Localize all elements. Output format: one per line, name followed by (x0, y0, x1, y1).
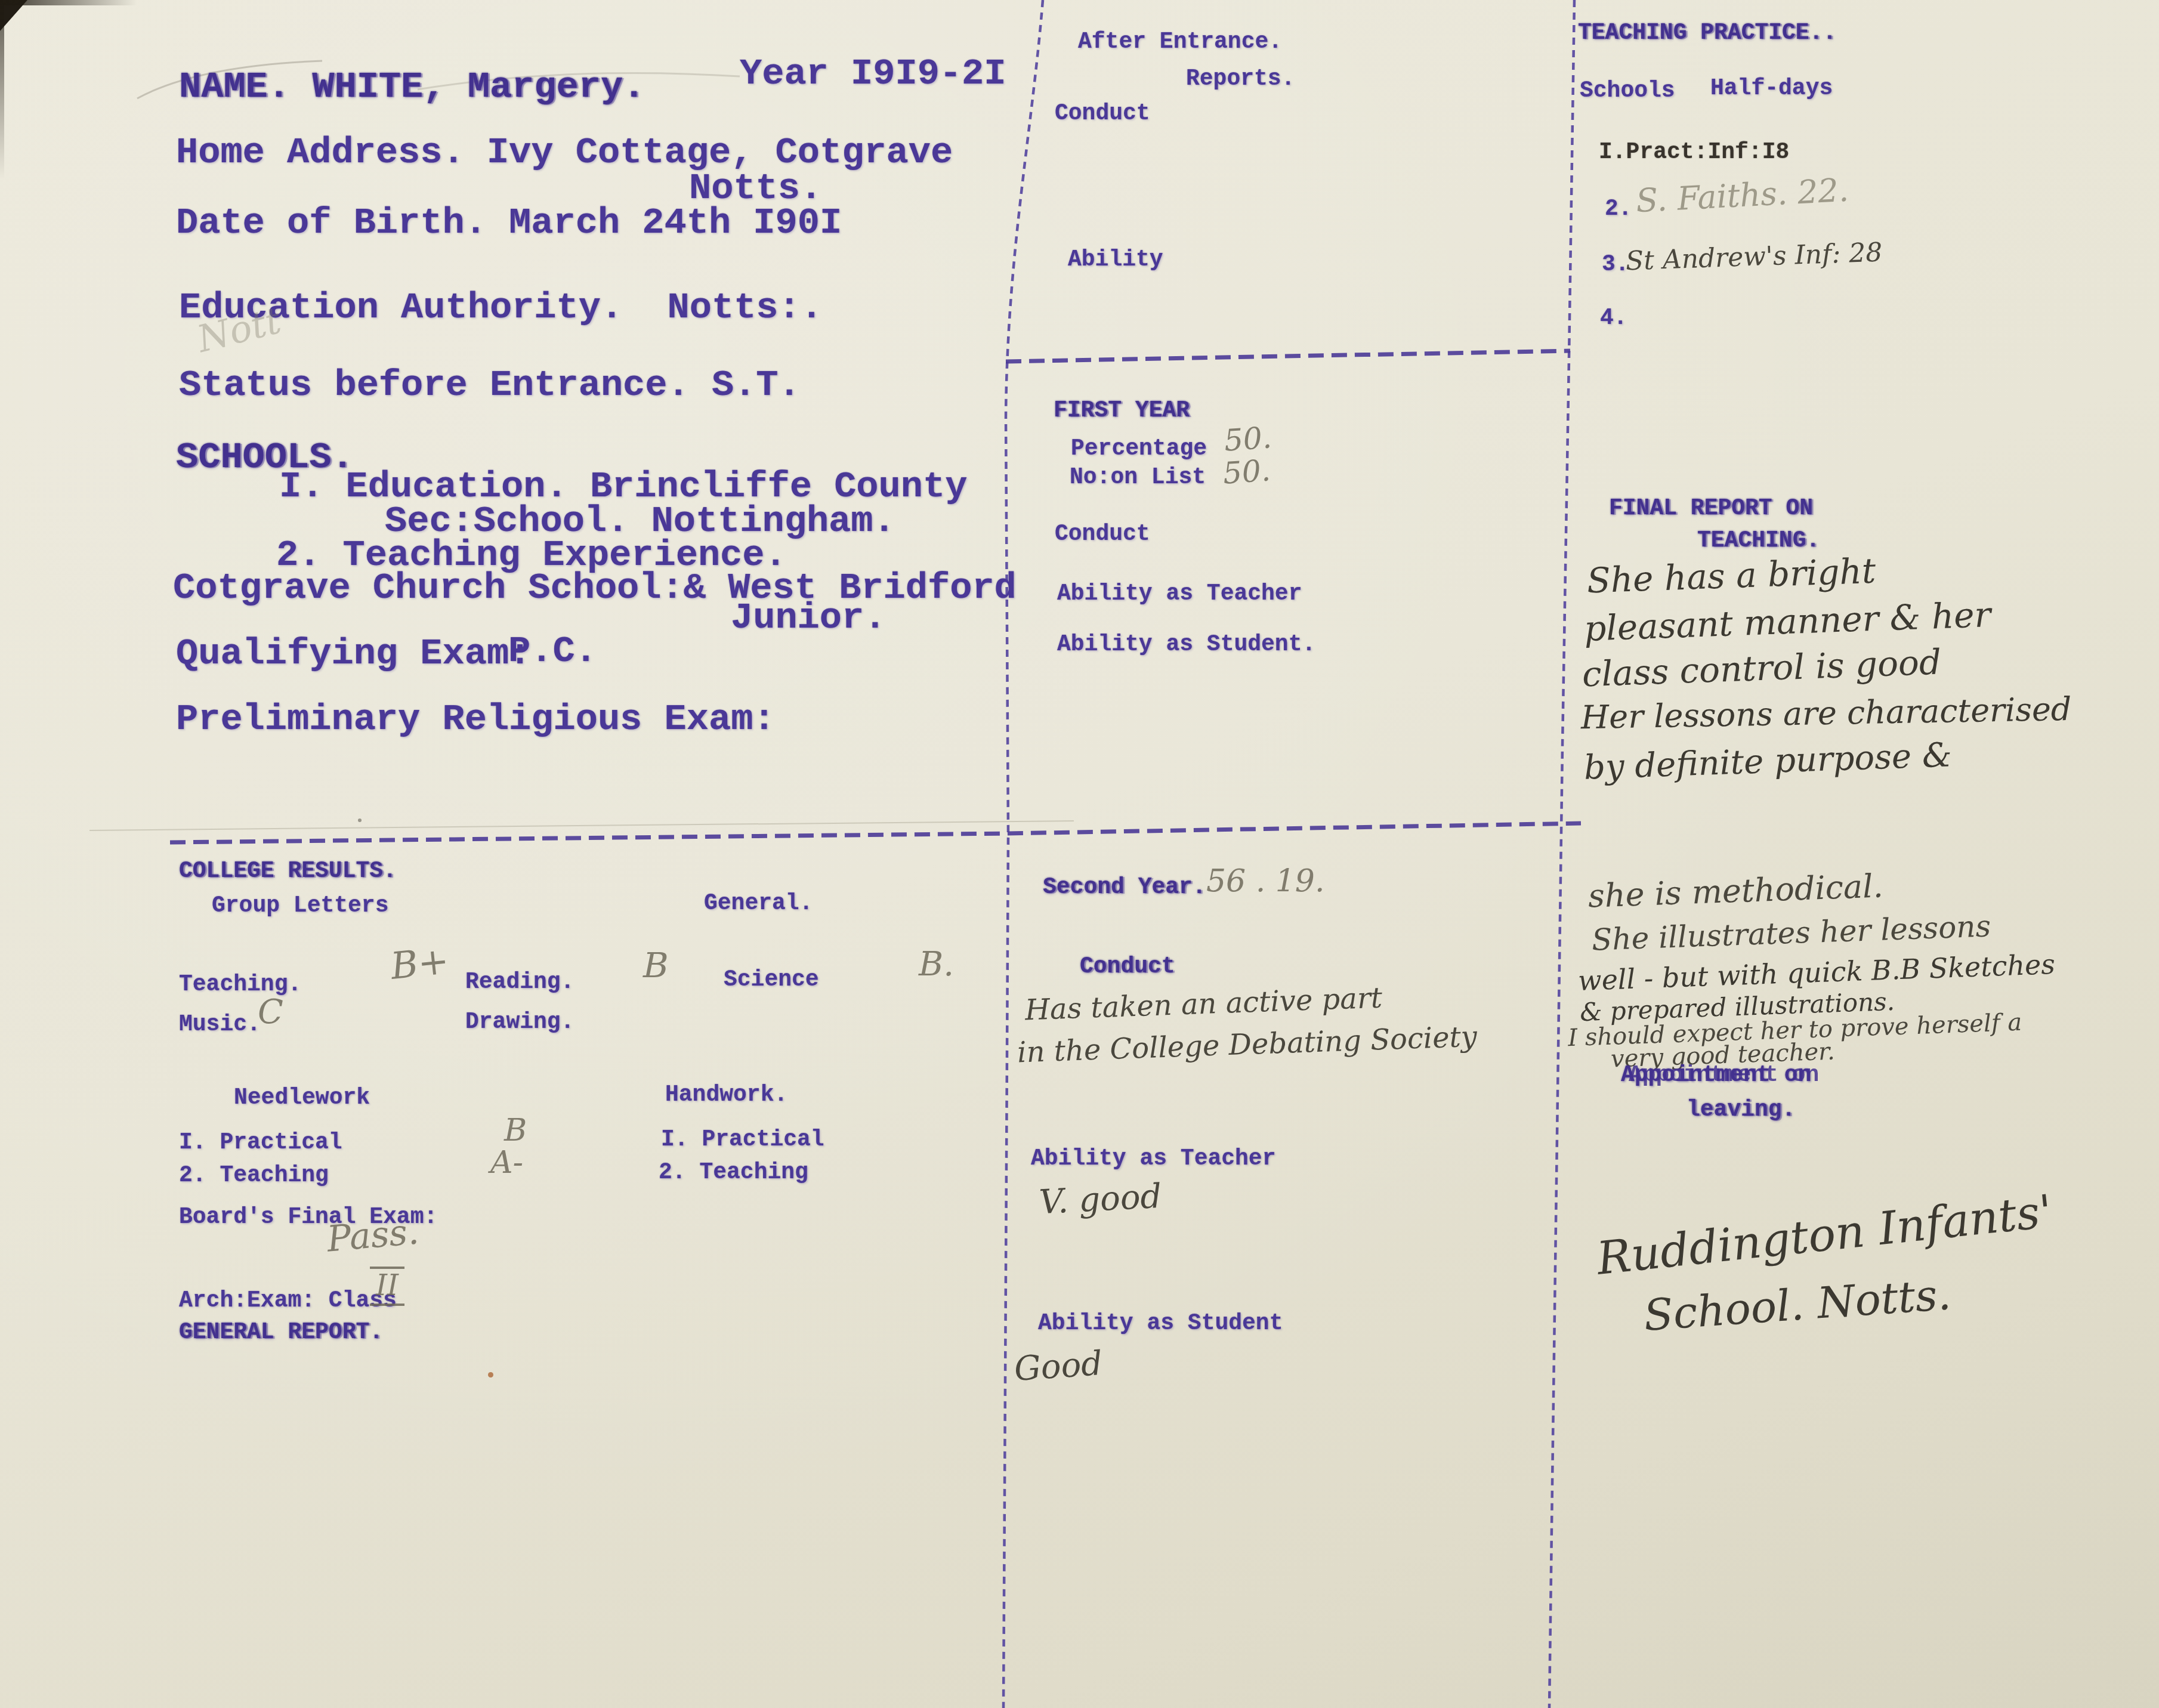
needlework-heading: Needlework (234, 1086, 370, 1111)
first-year-ability-student-label: Ability as Student. (1057, 632, 1315, 657)
second-year-marks: 56 . 19. (1206, 865, 1324, 898)
scan-left-edge (0, 0, 4, 179)
needlework-practical-label: I. Practical (179, 1131, 342, 1156)
final-report-heading-2: TEACHING. (1697, 529, 1820, 554)
first-year-no-on-list-label: No:on List (1070, 465, 1206, 490)
handwork-practical-label: I. Practical (661, 1128, 824, 1153)
teaching-grade: B+ (389, 941, 451, 986)
arch-exam-label: Arch:Exam: Class (179, 1289, 397, 1314)
final-report-line: She has a bright (1586, 553, 1876, 600)
schools-item2-line2: Cotgrave Church School:& West Bridford (173, 568, 1017, 609)
general-report-heading: GENERAL REPORT. (179, 1320, 383, 1345)
second-year-ability-student-label: Ability as Student (1038, 1311, 1283, 1336)
second-year-ability-teacher-label: Ability as Teacher (1031, 1147, 1275, 1172)
teaching-practice-row1: I.Pract:Inf:I8 (1599, 140, 1789, 165)
arch-exam-roman-numeral: II (370, 1267, 404, 1306)
arch-exam-value: II (370, 1271, 404, 1301)
second-year-ability-teacher-value: V. good (1039, 1179, 1163, 1221)
teaching-practice-row3-num: 3. (1602, 252, 1629, 277)
first-year-heading: FIRST YEAR (1054, 399, 1190, 424)
first-year-percentage-label: Percentage (1071, 437, 1207, 462)
teaching-practice-schools-col: Schools (1580, 79, 1675, 104)
name-field: NAME. WHITE, Margery. (179, 67, 645, 107)
handwork-teaching-label: 2. Teaching (659, 1160, 808, 1185)
appointment-heading-2: leaving. (1687, 1098, 1795, 1123)
teaching-practice-halfdays-col: Half-days (1710, 76, 1833, 101)
boards-final-exam-value: Pass. (326, 1213, 421, 1258)
teaching-practice-row4-num: 4. (1600, 306, 1627, 331)
status-before-entrance-field: Status before Entrance. S.T. (179, 365, 801, 406)
science-label: Science (724, 968, 819, 993)
first-year-no-on-list-value: 50. (1222, 455, 1271, 489)
horizontal-divider-middle (1006, 351, 1570, 362)
teaching-practice-row2-num: 2. (1605, 197, 1632, 222)
needlework-teaching-label: 2. Teaching (179, 1163, 329, 1188)
year-field: Year I9I9-2I (740, 54, 1006, 94)
vertical-divider-2 (1549, 0, 1574, 1708)
scan-top-edge (0, 0, 137, 5)
date-of-birth-field: Date of Birth. March 24th I90I (176, 203, 842, 243)
science-grade: B. (919, 947, 954, 983)
first-year-conduct-label: Conduct (1055, 522, 1150, 547)
paper-speck (358, 819, 362, 822)
drawing-label: Drawing. (465, 1010, 574, 1035)
music-grade: C (258, 995, 283, 1030)
second-year-heading: Second Year. (1043, 875, 1206, 900)
after-entrance-ability-label: Ability (1068, 248, 1163, 273)
needlework-practical-grade: B (504, 1114, 527, 1147)
reading-label: Reading. (465, 970, 574, 995)
appointment-heading-1: Appointment on (1621, 1063, 1811, 1088)
teaching-practice-heading: TEACHING PRACTICE.. (1578, 21, 1836, 46)
horizontal-divider-main (170, 823, 1581, 842)
second-year-conduct-label: Conduct (1080, 955, 1175, 980)
first-year-ability-teacher-label: Ability as Teacher (1057, 582, 1302, 607)
paper-crease (89, 821, 1074, 830)
reading-grade: B (643, 947, 669, 984)
handwork-heading: Handwork. (665, 1083, 787, 1108)
home-address-line1: Home Address. Ivy Cottage, Cotgrave (176, 132, 953, 173)
needlework-teaching-grade: A- (490, 1147, 523, 1179)
college-results-heading: COLLEGE RESULTS. (179, 859, 397, 884)
music-label: Music. (179, 1012, 261, 1037)
vertical-divider-1 (1003, 0, 1043, 1708)
prelim-religious-exam-label: Preliminary Religious Exam: (176, 699, 776, 740)
general-label: General. (704, 891, 813, 916)
qualifying-exam-value: P.C. (508, 631, 597, 672)
final-report-heading-1: FINAL REPORT ON (1609, 496, 1813, 521)
schools-item2-line3: Junior. (731, 598, 886, 638)
first-year-percentage-value: 50. (1223, 422, 1272, 456)
record-card-page: NAME. WHITE, Margery. Year I9I9-2I Home … (0, 0, 2159, 1708)
second-year-ability-student-value: Good (1013, 1346, 1104, 1388)
paper-speck (488, 1372, 493, 1377)
after-entrance-line2: Reports. (1186, 67, 1295, 92)
group-letters-label: Group Letters (212, 894, 388, 919)
after-entrance-line1: After Entrance. (1078, 30, 1282, 55)
qualifying-exam-label: Qualifying Exam: (176, 634, 531, 674)
after-entrance-conduct-label: Conduct (1055, 101, 1150, 126)
final-report-line: Her lessons are characterised (1581, 693, 2072, 735)
